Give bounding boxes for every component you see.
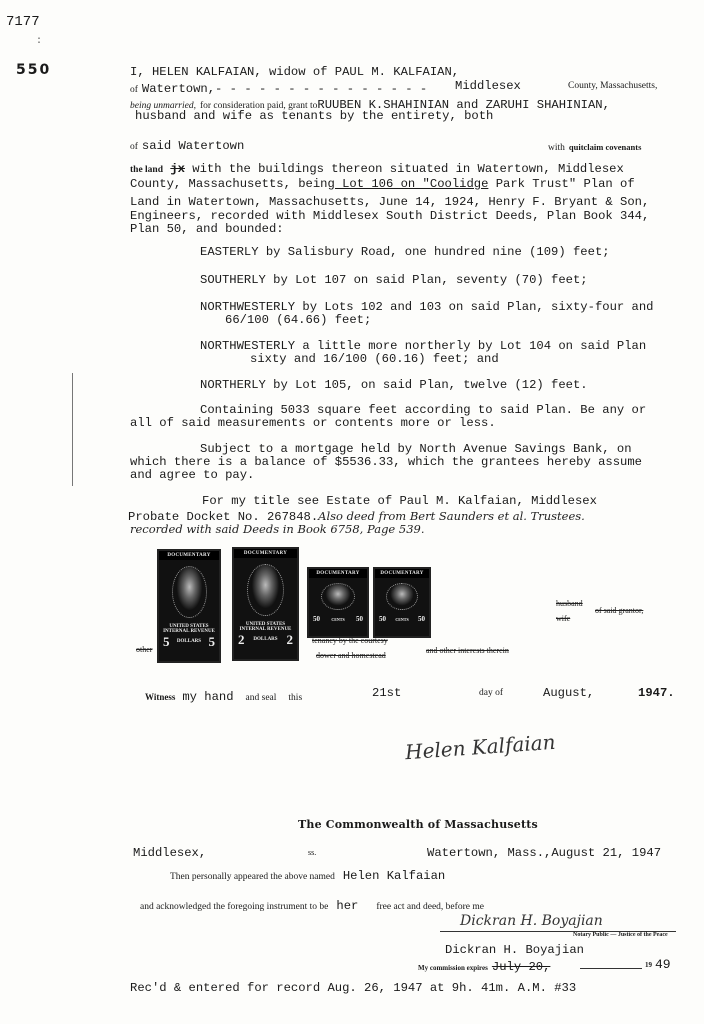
grantor-line: I, HELEN KALFAIAN, widow of PAUL M. KALF… [130,65,459,79]
of-label: of [130,85,138,95]
denom-right: 2 [287,632,294,648]
witness-text-1: my hand [182,690,233,704]
revenue-stamp-50c-b: DOCUMENTARY 50CENTS50 [373,567,431,638]
bound-southerly: SOUTHERLY by Lot 107 on said Plan, seven… [200,273,588,287]
margin-mark: : [36,36,42,47]
handwritten-note-1: Also deed from Bert Saunders et al. Trus… [318,509,585,523]
stamp-denomination: 5DOLLARS5 [159,634,219,650]
mortgage-line-2: which there is a balance of $5536.33, wh… [130,455,642,469]
revenue-stamp-2: DOCUMENTARY UNITED STATES INTERNAL REVEN… [232,547,299,661]
tenancy-line: husband and wife as tenants by the entir… [135,109,493,123]
land-lead: the land [130,165,163,175]
title-ref-line-1: For my title see Estate of Paul M. Kalfa… [202,494,597,508]
of-said-value: said Watertown [142,139,244,153]
stamp-denomination: 50CENTS50 [309,615,367,623]
of-said-label: of [130,142,138,152]
grantor-signature: Helen Kalfaian [404,730,556,764]
day-of-label: day of [479,688,503,698]
commission-line: My commission expires July 20, [418,957,550,975]
struck-dower: dower and homestead [316,651,386,660]
stamp-header: DOCUMENTARY [309,569,367,578]
denom-right: 50 [356,615,363,623]
covenants-label: quitclaim covenants [569,142,642,152]
denom-left: 50 [379,615,386,623]
commission-year: 49 [655,957,671,972]
denom-left: 50 [313,615,320,623]
portrait-icon [386,583,418,610]
denom-right: 50 [418,615,425,623]
commission-century: 19 [645,961,652,969]
ack-county: Middlesex, [133,846,206,860]
page-number: 7177 [6,14,40,30]
margin-line [72,373,73,486]
commonwealth-heading: The Commonwealth of Massachusetts [298,818,538,831]
denom-left: 5 [163,634,170,650]
struck-husband: husband [556,599,583,608]
record-note: Rec'd & entered for record Aug. 26, 1947… [130,981,576,995]
witness-text-3: this [288,693,302,703]
witness-text-2: and seal [246,693,277,703]
stamp-header: DOCUMENTARY [234,549,297,558]
land-text-3: Land in Watertown, Massachusetts, June 1… [130,196,675,210]
bound-easterly: EASTERLY by Salisbury Road, one hundred … [200,245,610,259]
county-value: Middlesex [455,79,521,93]
revenue-stamp-50c-a: DOCUMENTARY 50CENTS50 [307,567,369,638]
land-line-2: County, Massachusetts, being Lot 106 on … [130,178,675,192]
seal-icon [321,583,355,610]
ack-label: and acknowledged the foregoing instrumen… [140,902,328,912]
denom-unit: CENTS [331,617,344,622]
covenants-line: with quitclaim covenants [548,137,641,155]
commission-blank-line [580,968,642,969]
mortgage-line-1: Subject to a mortgage held by North Aven… [200,442,632,456]
county-state-label: County, Massachusetts, [568,81,657,91]
commission-label: My commission expires [418,964,488,972]
denom-right: 5 [209,634,216,650]
acknowledged-line: and acknowledged the foregoing instrumen… [140,896,484,914]
with-label: with [548,143,565,153]
witness-day: 21st [372,686,401,700]
struck-tenancy: tenancy by the courtesy [312,636,388,645]
witness-year: 1947. [638,686,675,700]
struck-text: jx [170,162,185,176]
denom-unit: DOLLARS [253,637,277,642]
struck-other: other [136,645,152,654]
portrait-icon [172,566,207,618]
denom-left: 2 [238,632,245,648]
stamp-denomination: 50CENTS50 [375,615,429,623]
land-description: the land jx with the buildings thereon s… [130,163,675,237]
notary-signature: Dickran H. Boyajian [460,913,603,929]
stamp-denomination: 2DOLLARS2 [234,632,297,648]
struck-of-grantor: of said grantor, [595,606,643,615]
land-text-1: with the buildings thereon situated in W… [192,162,624,176]
denom-unit: DOLLARS [177,639,201,644]
land-line-1: the land jx with the buildings thereon s… [130,163,675,178]
ss-label: ss. [308,848,316,857]
ack-pronoun: her [336,899,358,913]
bound-northwesterly-2: NORTHWESTERLY a little more northerly by… [200,339,646,353]
portrait-icon [247,564,284,616]
struck-other-interests: and other interests therein [426,646,509,655]
handwritten-note-2: recorded with said Deeds in Book 6758, P… [130,522,425,536]
town-value: Watertown,- - - - - - - - - - - - - - - [142,82,427,96]
land-text-4: Engineers, recorded with Middlesex South… [130,210,675,224]
land-text-5: Plan 50, and bounded: [130,223,675,237]
bound-northwesterly-2-cont: sixty and 16/100 (60.16) feet; and [250,352,499,366]
area-line-2: all of said measurements or contents mor… [130,416,496,430]
witness-label: Witness [145,692,175,702]
mortgage-line-3: and agree to pay. [130,468,254,482]
struck-wife: wife [556,614,570,623]
appeared-label: Then personally appeared the above named [170,872,335,882]
witness-month: August, [543,686,594,700]
bound-northwesterly-1-cont: 66/100 (64.66) feet; [225,313,371,327]
bound-northerly: NORTHERLY by Lot 105, on said Plan, twel… [200,378,588,392]
stamp-footer: UNITED STATES INTERNAL REVENUE [234,622,297,632]
notary-title: Notary Public — Justice of the Peace [573,932,668,938]
stamp-header: DOCUMENTARY [159,551,219,560]
witness-line: Witness my hand and seal this [145,687,302,705]
revenue-stamp-5: DOCUMENTARY UNITED STATES INTERNAL REVEN… [157,549,221,663]
ack-end: free act and deed, before me [376,902,484,912]
commission-date: July 20, [492,960,551,974]
bound-northwesterly-1: NORTHWESTERLY by Lots 102 and 103 on sai… [200,300,653,314]
ack-place-date: Watertown, Mass.,August 21, 1947 [427,846,661,860]
stamp-footer: UNITED STATES INTERNAL REVENUE [159,624,219,634]
of-said-line: of said Watertown [130,136,244,154]
page-reference: 550 [16,62,51,78]
area-line-1: Containing 5033 square feet according to… [200,403,646,417]
stamp-header: DOCUMENTARY [375,569,429,578]
appeared-line: Then personally appeared the above named… [170,866,445,884]
denom-unit: CENTS [395,617,408,622]
notary-name: Dickran H. Boyajian [445,943,584,957]
land-text-2a: County, Massachusetts, bein [130,177,327,191]
appeared-name: Helen Kalfaian [343,869,445,883]
land-text-2u: g Lot 106 on "Coolidge [327,177,488,191]
land-text-2b: Park Trust" Plan of [488,177,634,191]
